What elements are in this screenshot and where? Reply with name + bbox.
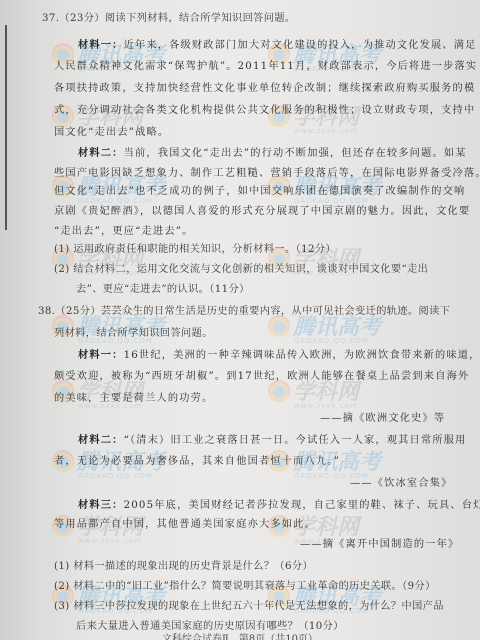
binding-margin-line	[5, 25, 7, 230]
q38-material-1: 材料一：16世纪，美洲的一种辛辣调味品传入欧洲，为欧洲饮食带来新的味道，	[78, 348, 480, 363]
q37-m2-line: 些国产电影因缺乏想象力、制作工艺粗糙、营销手段落后等，在国际电影界备受冷落。	[54, 167, 480, 181]
material-label: 材料一：	[78, 349, 124, 361]
q38-question-2: (2) 材料二中的“旧工业”指什么？简要说明其衰落与工业革命的历史关联。（9分）	[54, 580, 436, 594]
q38-m3-source: ——摘《离开中国制造的一年》	[300, 538, 459, 552]
page-footer: 文科综合试卷Ⅱ 第8页（共10页）	[0, 630, 480, 640]
material-label: 材料三：	[78, 499, 124, 511]
q38-material-2: 材料二：“（清末）旧工业之衰落日甚一日。今试任入一人家，观其日常所服用	[78, 433, 467, 448]
q37-m1-line: 各项扶持政策，支持加快经营性文化事业单位转企改制；继续探索政府购买服务的模	[54, 82, 475, 96]
material-label: 材料二：	[78, 434, 124, 446]
exam-page: 腾讯高考GAOKAO.QQ.COM 腾讯高考GAOKAO.QQ.COM 学科网w…	[0, 0, 480, 640]
q38-material-3: 材料三：2005年底，美国财经记者莎拉发现，自己家里的鞋、袜子、玩具、台灯	[78, 498, 480, 513]
q38-m3-line: 等用品都产自中国，其他普通美国家庭亦大多如此。	[54, 518, 316, 532]
q38-question-1: (1) 材料一描述的现象出现的历史背景是什么？（6分）	[54, 560, 313, 574]
q37-m2-line: “走出去”，更应“走进去”。	[54, 225, 194, 239]
q37-m1-line: 人民群众精神文化需求“保驾护航”。2011年11月，财政部表示，今后将进一步落实	[54, 60, 477, 74]
q38-m1-line: 颇受欢迎，被称为“西班牙胡椒”。到17世纪，欧洲人能够在餐桌上品尝到来自海外	[54, 370, 469, 384]
q38-m2-source: ——《饮冰室合集》	[350, 477, 453, 491]
material-label: 材料一：	[78, 39, 124, 51]
q37-m2-line: 但文化“走出去”也不乏成功的例子，如中国交响乐团在德国演奏了改编制作的交响	[54, 185, 465, 199]
material-label: 材料二：	[78, 147, 124, 159]
q37-material-1: 材料一：近年来，各级财政部门加大对文化建设的投入，为推动文化发展、满足	[78, 38, 477, 53]
q38-m2-line: 者，无论为必要品为奢侈品，其来自他国者恒十而八九。”	[54, 455, 340, 469]
q37-m1-line: 国文化“走出去”战略。	[54, 126, 169, 140]
q38-m1-line: 的美味，主要是荷兰人的功劳。	[54, 392, 213, 406]
q38-heading: 38.（25分）芸芸众生的日常生活是历史的重要内容，从中可见社会变迁的轨迹。阅读…	[38, 305, 450, 319]
q37-material-2: 材料二：当前，我国文化“走出去”的行动不断加强，但还存在较多问题。如某	[78, 146, 467, 161]
q37-m1-line: 式，充分调动社会各类文化机构提供公共文化服务的积极性；设立财政专项，支持中	[54, 104, 475, 118]
q37-question-2-cont: 去”、更应“走进去”的认识。（11分）	[76, 283, 250, 297]
q37-heading: 37.（23分）阅读下列材料，结合所学知识回答问题。	[42, 12, 296, 26]
q37-m2-line: 京剧《贵妃醉酒》，以德国人喜爱的形式充分展现了中国京剧的魅力。因此，文化要	[54, 205, 470, 219]
q37-question-2: (2) 结合材料二，运用文化交流与文化创新的相关知识，谈谈对中国文化要“走出	[54, 263, 428, 277]
q38-m1-source: ——摘《欧洲文化史》等	[320, 412, 445, 426]
q38-heading-cont: 列材料，结合所学知识回答问题。	[54, 327, 213, 341]
q38-question-3: (3) 材料三中莎拉发现的现象在上世纪五六十年代是无法想象的，为什么？中国产品	[54, 600, 444, 614]
q37-question-1: (1) 运用政府责任和职能的相关知识，分析材料一。（12分）	[54, 243, 336, 257]
